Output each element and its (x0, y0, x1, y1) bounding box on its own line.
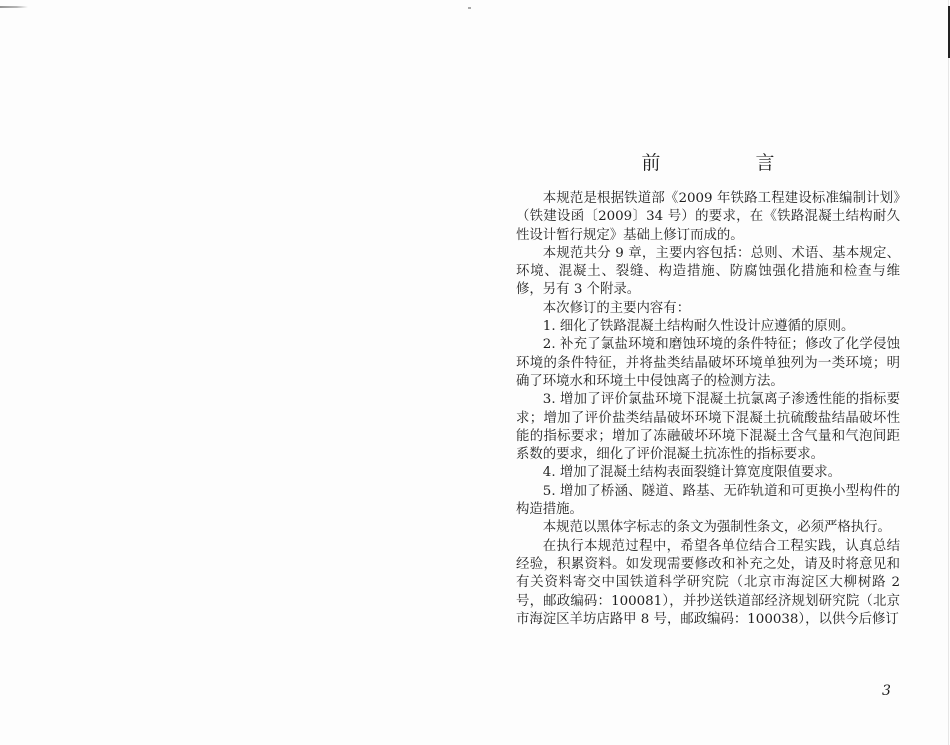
revision-item-4: 4. 增加了混凝土结构表面裂缝计算宽度限值要求。 (516, 464, 900, 482)
page-title: 前 言 (554, 148, 900, 178)
paragraph-basis: 本规范是根据铁道部《2009 年铁路工程建设标准编制计划》（铁建设函〔2009〕… (516, 190, 900, 245)
revision-item-5: 5. 增加了桥涵、隧道、路基、无砟轨道和可更换小型构件的构造措施。 (516, 483, 900, 520)
page-edge-line (948, 0, 949, 745)
revision-item-1: 1. 细化了铁路混凝土结构耐久性设计应遵循的原则。 (516, 318, 900, 336)
document-page: 前 言 本规范是根据铁道部《2009 年铁路工程建设标准编制计划》（铁建设函〔2… (516, 148, 900, 629)
page-number: 3 (882, 683, 891, 699)
scan-artifact-dot (468, 7, 471, 9)
paragraph-mandatory: 本规范以黑体字标志的条文为强制性条文，必须严格执行。 (516, 519, 900, 537)
paragraph-feedback: 在执行本规范过程中，希望各单位结合工程实践，认真总结经验，积累资料。如发现需要修… (516, 538, 900, 629)
revision-item-2: 2. 补充了氯盐环境和磨蚀环境的条件特征；修改了化学侵蚀环境的条件特征，并将盐类… (516, 336, 900, 391)
revision-item-3: 3. 增加了评价氯盐环境下混凝土抗氯离子渗透性能的指标要求；增加了评价盐类结晶破… (516, 391, 900, 464)
paragraph-scope: 本规范共分 9 章，主要内容包括：总则、术语、基本规定、环境、混凝土、裂缝、构造… (516, 245, 900, 300)
scan-artifact-mark (0, 6, 28, 8)
paragraph-revision-intro: 本次修订的主要内容有： (516, 300, 900, 318)
